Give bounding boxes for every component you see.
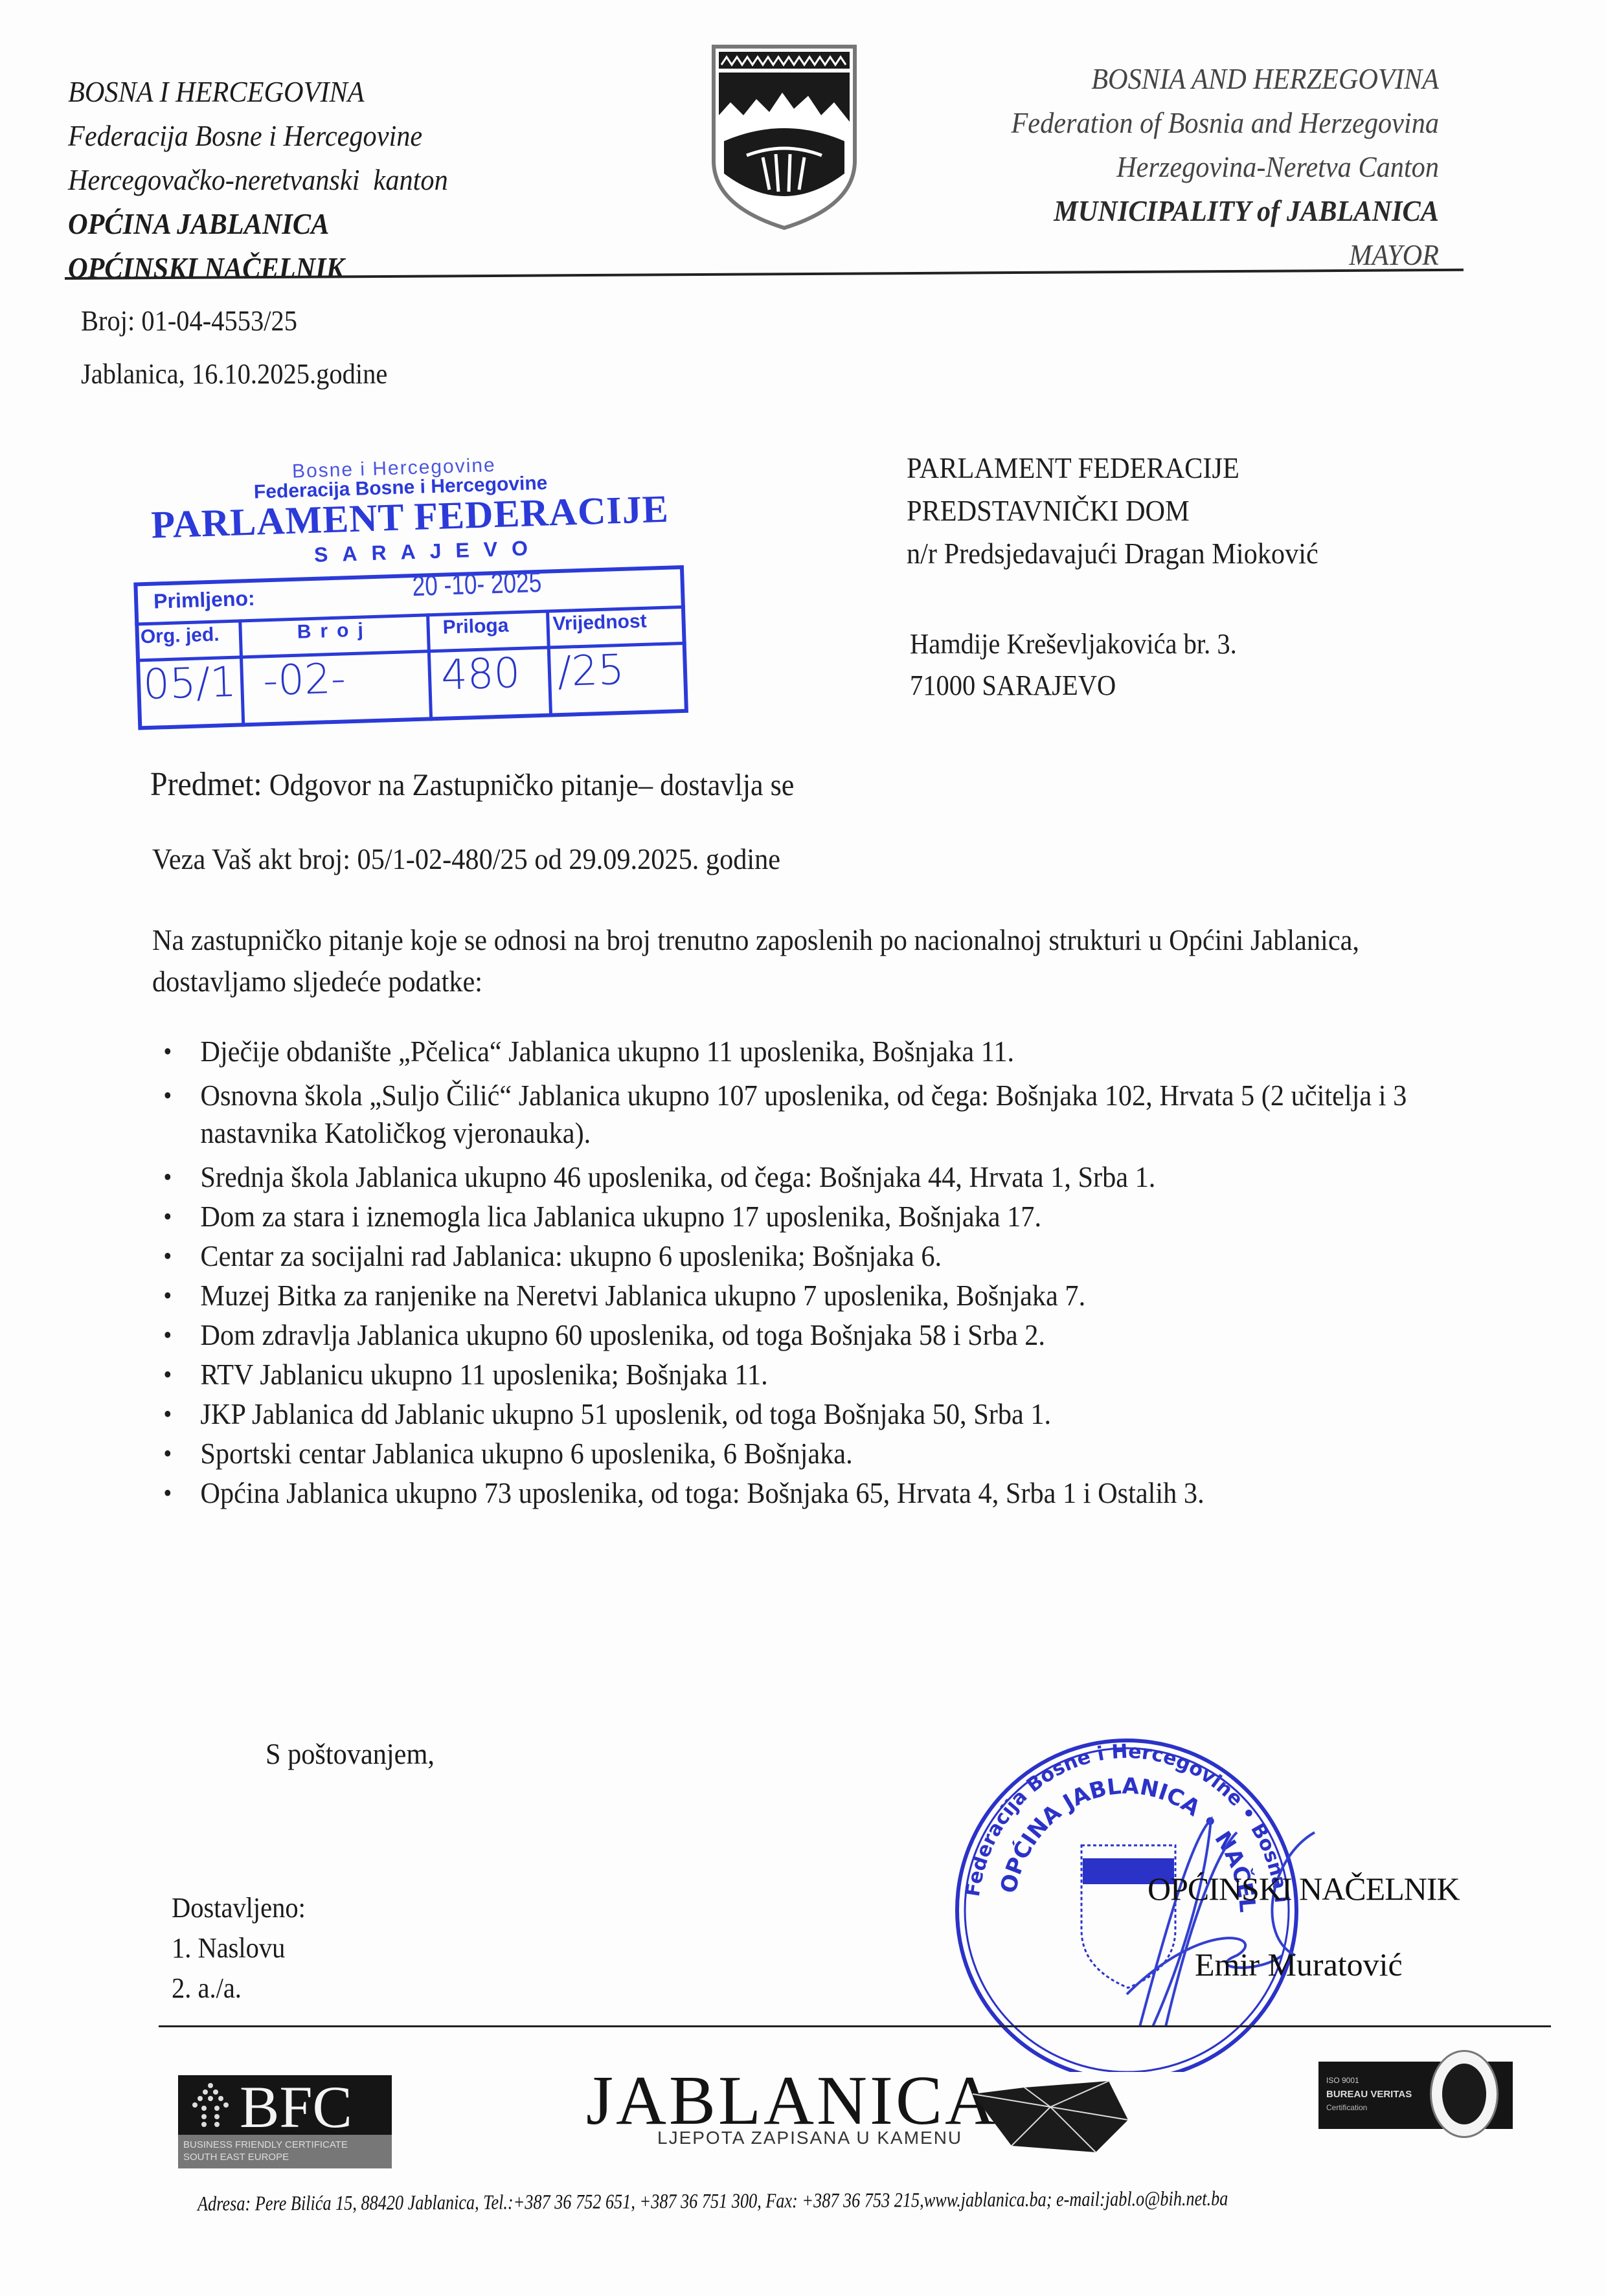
stamp-col-broj: Broj [297, 619, 372, 644]
municipal-coat-of-arms-icon [711, 44, 857, 231]
bfc-logo: BFC Business Friendly Certificate South … [178, 2075, 392, 2171]
stamp-received-date: 20 -10- 2025 [412, 567, 542, 603]
delivered-block: Dostavljeno: 1. Naslovu 2. a./a. [172, 1888, 306, 2009]
cert-sub: Certification [1326, 2103, 1367, 2112]
list-item: •Dječije obdanište „Pčelica“ Jablanica u… [159, 1033, 1440, 1070]
delivered-entry: 2. a./a. [172, 1968, 306, 2009]
recipient-line-3: n/r Predsjedavajući Dragan Mioković [907, 532, 1318, 575]
bullet-icon: • [163, 1356, 172, 1393]
stone-logo-icon [966, 2075, 1135, 2159]
stamp-hand-broj: -02- [262, 655, 346, 705]
stamp-hand-vrijednost: /25 [557, 646, 625, 696]
stamp-hand-org: 05/1 [142, 658, 237, 709]
reference-link: Veza Vaš akt broj: 05/1-02-480/25 od 29.… [152, 842, 780, 876]
delivered-entry: 1. Naslovu [172, 1928, 306, 1968]
employee-list: •Dječije obdanište „Pčelica“ Jablanica u… [159, 1033, 1440, 1514]
signature-title: OPĆINSKI NAČELNIK [1148, 1870, 1460, 1908]
subject-text: Odgovor na Zastupničko pitanje– dostavlj… [262, 768, 795, 802]
bureau-veritas-seal-icon [1430, 2050, 1499, 2138]
stamp-col-vrijednost: Vrijednost [552, 611, 647, 636]
jablanica-brand: JABLANICA LJEPOTA ZAPISANA U KAMENU [586, 2065, 998, 2148]
letterhead-canton: Hercegovačko-neretvanski kanton [68, 158, 448, 202]
brand-name: JABLANICA [586, 2065, 998, 2137]
received-stamp: Bosne i Hercegovine Federacija Bosne i H… [123, 435, 701, 737]
footer-divider [159, 2025, 1551, 2027]
cert-iso: ISO 9001 [1326, 2076, 1359, 2085]
list-item: •Dom za stara i iznemogla lica Jablanica… [159, 1198, 1440, 1235]
bfc-sub-2: South East Europe [183, 2151, 387, 2163]
intro-paragraph: Na zastupničko pitanje koje se odnosi na… [152, 919, 1433, 1002]
subject-line: Predmet: Odgovor na Zastupničko pitanje–… [150, 765, 794, 804]
list-item: •Sportski centar Jablanica ukupno 6 upos… [159, 1435, 1440, 1472]
list-item: •Općina Jablanica ukupno 73 uposlenika, … [159, 1474, 1440, 1512]
list-item: •Srednja škola Jablanica ukupno 46 uposl… [159, 1158, 1440, 1196]
subject-label: Predmet: [150, 766, 262, 803]
letterhead-municipality-en: MUNICIPALITY of JABLANICA [1011, 189, 1439, 233]
signature-name: Emir Muratović [1195, 1946, 1403, 1983]
bullet-icon: • [163, 1474, 172, 1512]
list-item: •Muzej Bitka za ranjenike na Neretvi Jab… [159, 1277, 1440, 1314]
letterhead-left: BOSNA I HERCEGOVINA Federacija Bosne i H… [68, 70, 448, 290]
bfc-arrow-icon [185, 2079, 236, 2131]
stamp-col-priloga: Priloga [442, 614, 509, 638]
bullet-icon: • [163, 1316, 172, 1354]
bullet-icon: • [163, 1277, 172, 1314]
closing-salutation: S poštovanjem, [266, 1737, 435, 1771]
recipient-line-1: PARLAMENT FEDERACIJE [907, 447, 1318, 490]
bullet-icon: • [163, 1077, 172, 1114]
bullet-icon: • [163, 1395, 172, 1433]
list-item: •Dom zdravlja Jablanica ukupno 60 uposle… [159, 1316, 1440, 1354]
cert-name: BUREAU VERITAS [1326, 2089, 1412, 2100]
recipient-address: Hamdije Kreševljakovića br. 3. 71000 SAR… [910, 624, 1237, 706]
bullet-icon: • [163, 1033, 172, 1070]
letterhead-right: BOSNIA AND HERZEGOVINA Federation of Bos… [1011, 57, 1439, 277]
recipient-street: Hamdije Kreševljakovića br. 3. [910, 624, 1237, 665]
stamp-col-org: Org. jed. [140, 624, 220, 648]
recipient-line-2: PREDSTAVNIČKI DOM [907, 490, 1318, 532]
delivered-label: Dostavljeno: [172, 1888, 306, 1928]
list-item: •Centar za socijalni rad Jablanica: ukup… [159, 1237, 1440, 1275]
reference-number: Broj: 01-04-4553/25 [81, 304, 297, 337]
letterhead-country-en: BOSNIA AND HERZEGOVINA [1011, 57, 1439, 101]
list-item: •JKP Jablanica dd Jablanic ukupno 51 upo… [159, 1395, 1440, 1433]
letterhead-canton-en: Herzegovina-Neretva Canton [1011, 145, 1439, 189]
stamp-line-3: PARLAMENT FEDERACIJE [150, 487, 669, 548]
list-item: •Osnovna škola „Suljo Čilić“ Jablanica u… [159, 1077, 1440, 1152]
letterhead-office: OPĆINSKI NAČELNIK [68, 246, 448, 290]
bullet-icon: • [163, 1237, 172, 1275]
letterhead-federation: Federacija Bosne i Hercegovine [68, 114, 448, 158]
recipient-city: 71000 SARAJEVO [910, 665, 1237, 706]
reference-place-date: Jablanica, 16.10.2025.godine [81, 357, 387, 390]
bfc-logo-text: BFC [240, 2073, 352, 2141]
bullet-icon: • [163, 1198, 172, 1235]
stamp-hand-priloga: 480 [440, 649, 521, 700]
footer-address: Adresa: Pere Bilića 15, 88420 Jablanica,… [198, 2187, 1228, 2216]
bullet-icon: • [163, 1435, 172, 1472]
letterhead-country: BOSNA I HERCEGOVINA [68, 70, 448, 114]
stamp-received-label: Primljeno: [153, 587, 256, 614]
bullet-icon: • [163, 1158, 172, 1196]
letterhead-municipality: OPĆINA JABLANICA [68, 202, 448, 246]
bureau-veritas-logo: ISO 9001 BUREAU VERITAS Certification [1318, 2050, 1519, 2141]
letterhead-federation-en: Federation of Bosnia and Herzegovina [1011, 101, 1439, 145]
list-item: •RTV Jablanicu ukupno 11 uposlenika; Boš… [159, 1356, 1440, 1393]
recipient-block: PARLAMENT FEDERACIJE PREDSTAVNIČKI DOM n… [907, 447, 1318, 575]
brand-tagline: LJEPOTA ZAPISANA U KAMENU [657, 2128, 998, 2148]
